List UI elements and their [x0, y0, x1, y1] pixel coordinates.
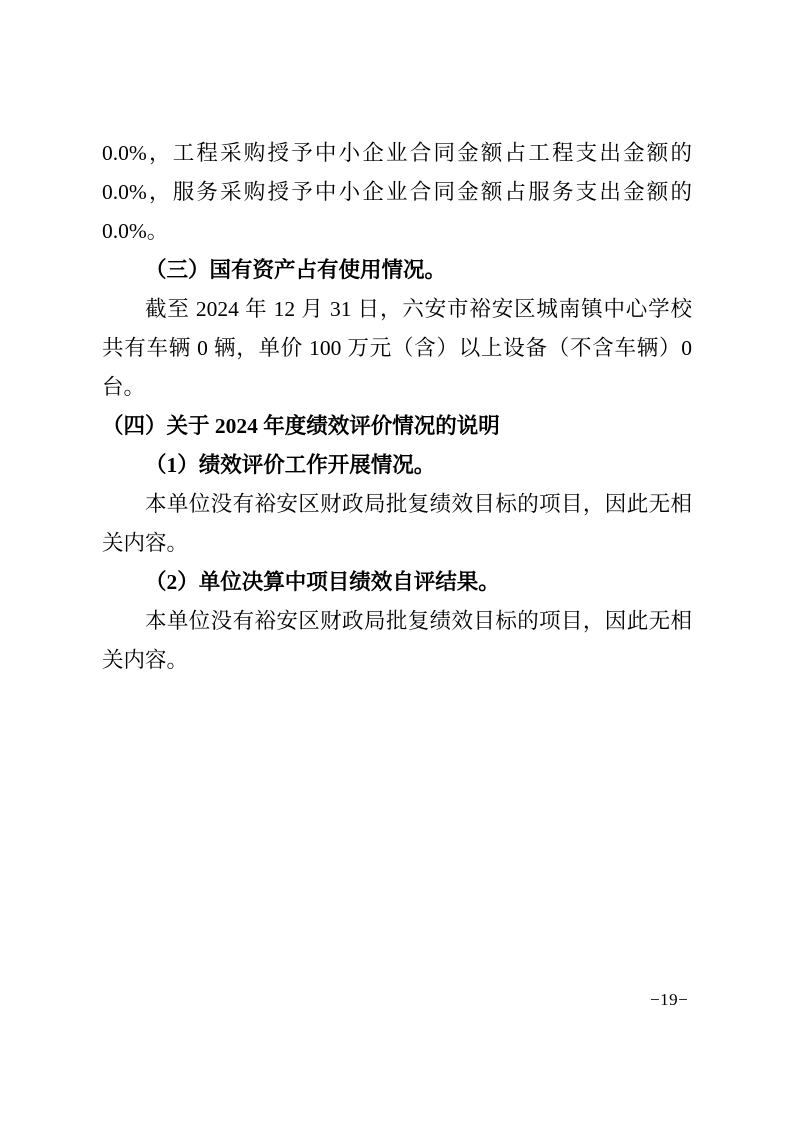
paragraph-state-assets-detail: 截至 2024 年 12 月 31 日，六安市裕安区城南镇中心学校共有车辆 0 … [102, 290, 692, 407]
paragraph-item-2-body: 本单位没有裕安区财政局批复绩效目标的项目，因此无相关内容。 [102, 602, 692, 680]
page-number: −19− [650, 988, 688, 1012]
document-page: 0.0%，工程采购授予中小企业合同金额占工程支出金额的 0.0%，服务采购授予中… [0, 0, 793, 1122]
heading-item-2-self-evaluation: （2）单位决算中项目绩效自评结果。 [102, 563, 692, 602]
paragraph-item-1-body: 本单位没有裕安区财政局批复绩效目标的项目，因此无相关内容。 [102, 485, 692, 563]
heading-section-four-performance-evaluation: （四）关于 2024 年度绩效评价情况的说明 [102, 407, 692, 446]
heading-item-1-performance-work: （1）绩效评价工作开展情况。 [102, 446, 692, 485]
paragraph-procurement-continuation: 0.0%，工程采购授予中小企业合同金额占工程支出金额的 0.0%，服务采购授予中… [102, 134, 692, 251]
heading-section-three-state-assets: （三）国有资产占有使用情况。 [102, 251, 692, 290]
page-content: 0.0%，工程采购授予中小企业合同金额占工程支出金额的 0.0%，服务采购授予中… [102, 134, 692, 680]
